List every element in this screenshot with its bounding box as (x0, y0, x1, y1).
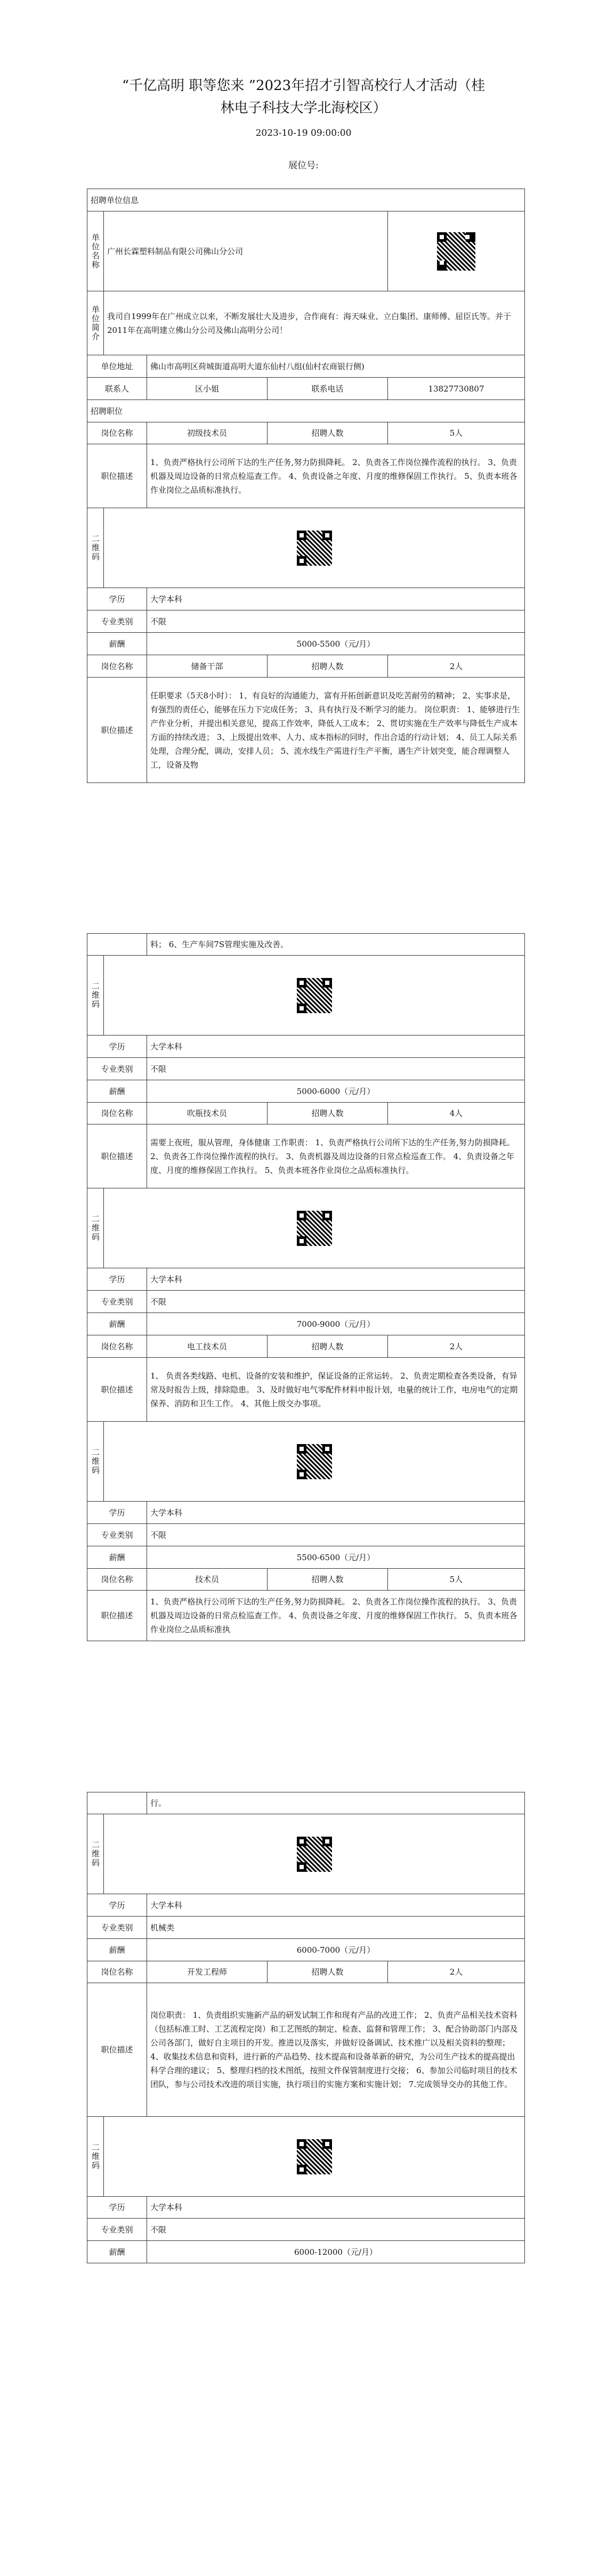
phone-label: 联系电话 (268, 378, 388, 400)
position-name-value: 吹瓶技术员 (147, 1103, 268, 1124)
position-name-label: 岗位名称 (87, 1103, 147, 1124)
headcount-label: 招聘人数 (268, 1961, 388, 1983)
position-qr-cell (104, 2117, 525, 2197)
headcount-value: 2人 (388, 655, 525, 678)
education-value: 大学本科 (147, 1036, 525, 1058)
description-label: 职位描述 (87, 1358, 147, 1422)
headcount-label: 招聘人数 (268, 655, 388, 678)
salary-value: 5500-6500（元/月） (147, 1546, 525, 1569)
position-qr-cell (104, 1188, 525, 1268)
company-intro-label: 单位简介 (87, 291, 104, 355)
major-value: 不限 (147, 610, 525, 633)
salary-label: 薪酬 (87, 2241, 147, 2263)
description-value: 1、负责严格执行公司所下达的生产任务,努力防损降耗。 2、负责各工作岗位操作流程… (147, 444, 525, 508)
description-value: 岗位职责： 1、负责组织实施新产品的研发试制工作和现有产品的改进工作； 2、负责… (147, 1983, 525, 2117)
headcount-value: 2人 (388, 1335, 525, 1358)
headcount-label: 招聘人数 (268, 1103, 388, 1124)
description-label: 职位描述 (87, 678, 147, 783)
major-label: 专业类别 (87, 1524, 147, 1546)
qr-code-icon (297, 2139, 332, 2174)
major-label: 专业类别 (87, 1917, 147, 1939)
major-label: 专业类别 (87, 610, 147, 633)
company-section-heading: 招聘单位信息 (87, 189, 525, 211)
position-name-label: 岗位名称 (87, 1569, 147, 1591)
qr-label: 二维码 (87, 2117, 104, 2197)
major-value: 不限 (147, 1524, 525, 1546)
qr-code-icon (297, 531, 332, 566)
description-continued-value: 行。 (147, 1792, 525, 1814)
major-value: 不限 (147, 2219, 525, 2241)
address-label: 单位地址 (87, 355, 147, 378)
qr-label: 二维码 (87, 1188, 104, 1268)
description-continued-value: 料； 6、生产车间7S管理实施及改善。 (147, 934, 525, 956)
positions-section-heading: 招聘职位 (87, 400, 525, 422)
recruitment-table-page-1: 招聘单位信息 单位名称 广州长霖塑料制品有限公司佛山分公司 单位简介 我司自19… (87, 189, 525, 783)
salary-label: 薪酬 (87, 1939, 147, 1961)
education-label: 学历 (87, 1894, 147, 1917)
position-name-value: 储备干部 (147, 655, 268, 678)
position-qr-cell (104, 508, 525, 588)
description-value: 需要上夜班，服从管理，身体健康 工作职责： 1、负责严格执行公司所下达的生产任务… (147, 1124, 525, 1188)
major-value: 不限 (147, 1291, 525, 1313)
position-name-label: 岗位名称 (87, 422, 147, 444)
salary-label: 薪酬 (87, 1546, 147, 1569)
company-qr-cell (388, 211, 525, 291)
company-name-label: 单位名称 (87, 211, 104, 291)
title-line-2: 林电子科技大学北海校区） (220, 100, 386, 116)
title-line-1: “千亿高明 职等您来 ”2023年招才引智高校行人才活动（桂 (122, 78, 485, 94)
education-label: 学历 (87, 1268, 147, 1291)
position-name-value: 技术员 (147, 1569, 268, 1591)
headcount-label: 招聘人数 (268, 1569, 388, 1591)
education-value: 大学本科 (147, 1502, 525, 1524)
salary-value: 5000-5500（元/月） (147, 633, 525, 655)
description-continued-label (87, 1792, 147, 1814)
position-name-value: 电工技术员 (147, 1335, 268, 1358)
qr-label: 二维码 (87, 956, 104, 1036)
education-label: 学历 (87, 2197, 147, 2219)
salary-value: 6000-12000（元/月） (147, 2241, 525, 2263)
company-intro-value: 我司自1999年在广州成立以来，不断发展壮大及进步，合作商有：海天味业、立白集团… (104, 291, 525, 355)
headcount-label: 招聘人数 (268, 422, 388, 444)
major-label: 专业类别 (87, 1291, 147, 1313)
recruitment-table-page-3: 行。 二维码 学历 大学本科 专业类别 机械类 薪酬 6000-7000（元/月… (87, 1792, 525, 2263)
description-label: 职位描述 (87, 1591, 147, 1641)
headcount-value: 5人 (388, 422, 525, 444)
headcount-value: 2人 (388, 1961, 525, 1983)
major-value: 不限 (147, 1058, 525, 1080)
recruitment-table-page-2: 料； 6、生产车间7S管理实施及改善。 二维码 学历 大学本科 专业类别 不限 … (87, 933, 525, 1641)
qr-label: 二维码 (87, 1422, 104, 1502)
event-datetime: 2023-10-19 09:00:00 (0, 128, 607, 138)
qr-code-icon (297, 978, 332, 1013)
education-value: 大学本科 (147, 1894, 525, 1917)
education-value: 大学本科 (147, 588, 525, 610)
headcount-value: 4人 (388, 1103, 525, 1124)
education-value: 大学本科 (147, 2197, 525, 2219)
salary-value: 5000-6000（元/月） (147, 1080, 525, 1103)
salary-value: 6000-7000（元/月） (147, 1939, 525, 1961)
contact-label: 联系人 (87, 378, 147, 400)
education-label: 学历 (87, 588, 147, 610)
description-value: 1、负责严格执行公司所下达的生产任务,努力防损降耗。 2、负责各工作岗位操作流程… (147, 1591, 525, 1641)
contact-value: 区小姐 (147, 378, 268, 400)
qr-code-icon (437, 232, 475, 271)
description-label: 职位描述 (87, 1983, 147, 2117)
position-name-value: 初级技术员 (147, 422, 268, 444)
document-title: “千亿高明 职等您来 ”2023年招才引智高校行人才活动（桂 林电子科技大学北海… (0, 75, 607, 119)
description-label: 职位描述 (87, 1124, 147, 1188)
salary-label: 薪酬 (87, 1313, 147, 1335)
description-value: 任职要求（5天8小时）： 1、有良好的沟通能力，富有开拓创新意识及吃苦耐劳的精神… (147, 678, 525, 783)
description-value: 1、 负责各类线路、电机、设备的安装和维护，保证设备的正常运转。 2、负责定期检… (147, 1358, 525, 1422)
phone-value: 13827730807 (388, 378, 525, 400)
qr-code-icon (297, 1444, 332, 1479)
position-name-value: 开发工程师 (147, 1961, 268, 1983)
position-qr-cell (104, 1422, 525, 1502)
description-label: 职位描述 (87, 444, 147, 508)
salary-label: 薪酬 (87, 1080, 147, 1103)
major-value: 机械类 (147, 1917, 525, 1939)
booth-number-label: 展位号: (0, 158, 607, 171)
salary-label: 薪酬 (87, 633, 147, 655)
position-name-label: 岗位名称 (87, 655, 147, 678)
major-label: 专业类别 (87, 1058, 147, 1080)
company-name-value: 广州长霖塑料制品有限公司佛山分公司 (104, 211, 388, 291)
headcount-label: 招聘人数 (268, 1335, 388, 1358)
education-label: 学历 (87, 1036, 147, 1058)
education-value: 大学本科 (147, 1268, 525, 1291)
salary-value: 7000-9000（元/月） (147, 1313, 525, 1335)
position-name-label: 岗位名称 (87, 1335, 147, 1358)
qr-code-icon (297, 1211, 332, 1246)
education-label: 学历 (87, 1502, 147, 1524)
position-name-label: 岗位名称 (87, 1961, 147, 1983)
qr-code-icon (297, 1837, 332, 1872)
position-qr-cell (104, 956, 525, 1036)
position-qr-cell (104, 1814, 525, 1894)
qr-label: 二维码 (87, 1814, 104, 1894)
address-value: 佛山市高明区荷城街道高明大道东仙村八组(仙村农商银行侧) (147, 355, 525, 378)
description-continued-label (87, 934, 147, 956)
headcount-value: 5人 (388, 1569, 525, 1591)
qr-label: 二维码 (87, 508, 104, 588)
major-label: 专业类别 (87, 2219, 147, 2241)
